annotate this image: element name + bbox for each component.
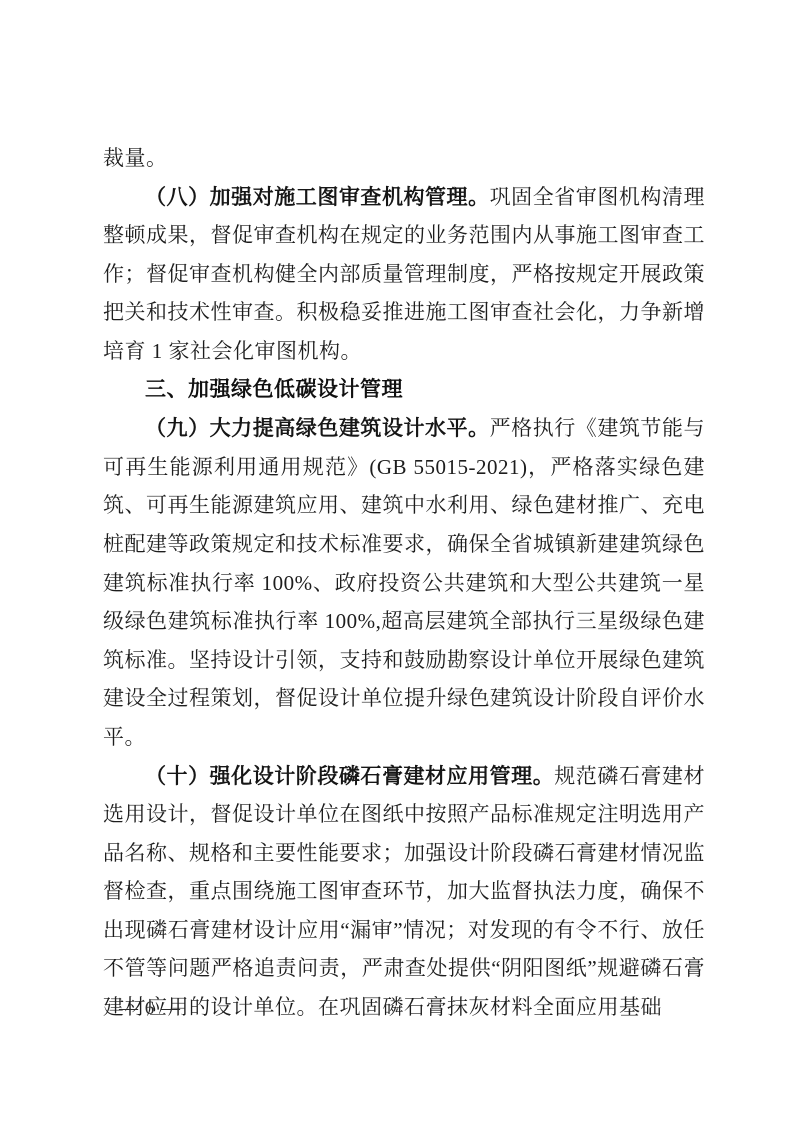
document-page: 裁量。 （八）加强对施工图审查机构管理。巩固全省审图机构清理整顿成果，督促审查机… bbox=[0, 0, 800, 1131]
document-body: 裁量。 （八）加强对施工图审查机构管理。巩固全省审图机构清理整顿成果，督促审查机… bbox=[103, 139, 705, 1027]
paragraph-8: （八）加强对施工图审查机构管理。巩固全省审图机构清理整顿成果，督促审查机构在规定… bbox=[103, 178, 705, 371]
page-number: — 6 — bbox=[119, 998, 181, 1020]
paragraph-10: （十）强化设计阶段磷石膏建材应用管理。规范磷石膏建材选用设计，督促设计单位在图纸… bbox=[103, 757, 705, 1027]
section-heading: 三、加强绿色低碳设计管理 bbox=[103, 371, 705, 410]
paragraph-9-text: 严格执行《建筑节能与可再生能源利用通用规范》(GB 55015-2021)，严格… bbox=[103, 416, 705, 749]
paragraph-8-text: 巩固全省审图机构清理整顿成果，督促审查机构在规定的业务范围内从事施工图审查工作；… bbox=[103, 185, 705, 363]
paragraph-10-lead: （十）强化设计阶段磷石膏建材应用管理。 bbox=[145, 764, 554, 788]
paragraph-9: （九）大力提高绿色建筑设计水平。严格执行《建筑节能与可再生能源利用通用规范》(G… bbox=[103, 409, 705, 756]
paragraph-8-lead: （八）加强对施工图审查机构管理。 bbox=[145, 185, 490, 209]
paragraph-9-lead: （九）大力提高绿色建筑设计水平。 bbox=[145, 416, 490, 440]
paragraph-10-text: 规范磷石膏建材选用设计，督促设计单位在图纸中按照产品标准规定注明选用产品名称、规… bbox=[103, 764, 705, 1020]
paragraph-continuation: 裁量。 bbox=[103, 139, 705, 178]
